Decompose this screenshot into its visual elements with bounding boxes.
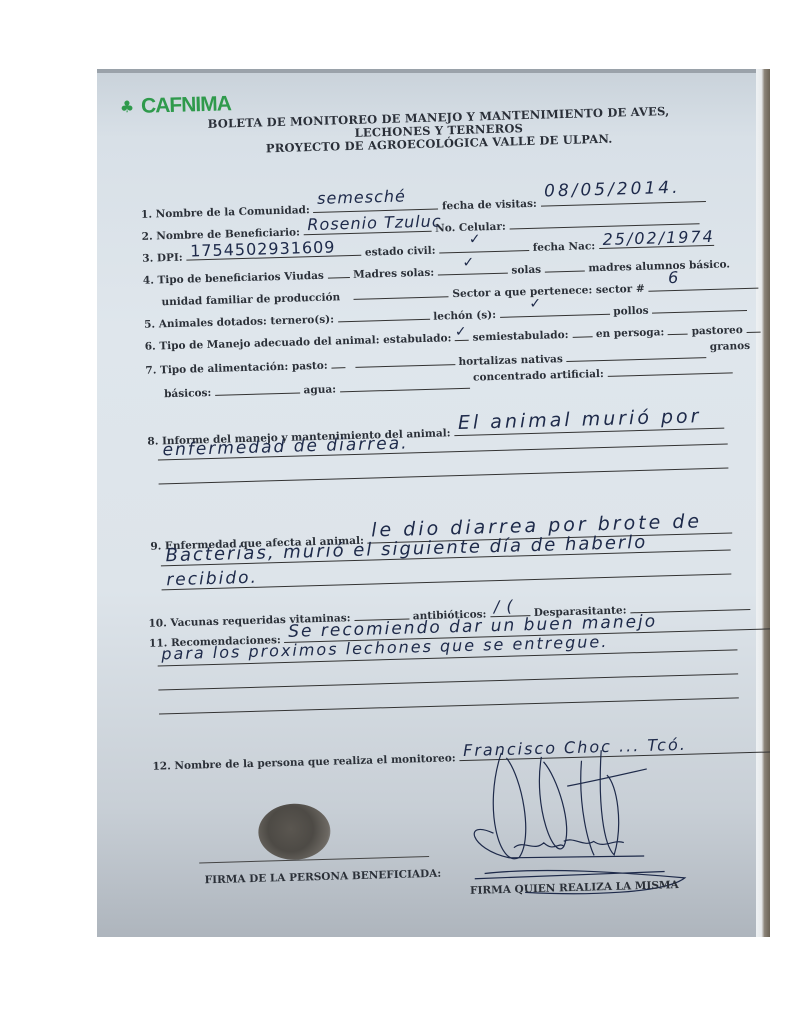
madres-alumnos-label: madres alumnos básico. — [588, 258, 730, 274]
antibioticos-value: / ( — [494, 597, 514, 617]
madres-solas-field[interactable]: ✓ — [438, 262, 508, 276]
cafnima-logo: ♣ CAFNIMA — [116, 93, 231, 118]
fecha-visitas-label: fecha de visitas: — [442, 198, 537, 213]
basicos-field[interactable] — [215, 381, 300, 395]
row-basicos: básicos: agua: concentrado artificial: — [164, 369, 733, 400]
estado-civil-check: ✓ — [469, 231, 482, 247]
document-photo: ♣ CAFNIMA BOLETA DE MONITOREO DE MANEJO … — [97, 69, 770, 937]
persoga-label: en persoga: — [596, 326, 665, 340]
unidad-familiar-label: unidad familiar de producción — [161, 291, 340, 308]
dpi-field[interactable]: 1754502931609 — [186, 244, 361, 261]
beneficiary-signature-line[interactable] — [199, 856, 429, 863]
monitor-label: 12. Nombre de la persona que realiza el … — [152, 752, 455, 772]
informe-line[interactable] — [159, 468, 729, 485]
solas-label: solas — [511, 264, 541, 277]
estabulado-field[interactable]: ✓ — [455, 329, 469, 341]
beneficiario-value: Rosenio Tzuluc — [307, 211, 442, 234]
fecha-nac-value: 25/02/1974 — [602, 227, 715, 249]
pastoreo-label: pastoreo — [691, 324, 742, 337]
madres-solas-label: Madres solas: — [353, 267, 434, 281]
sector-value: 6 — [668, 268, 680, 287]
semiestabulado-field[interactable] — [572, 325, 592, 338]
estado-civil-label: estado civil: — [365, 245, 436, 259]
pasto-field[interactable] — [331, 356, 345, 368]
beneficiary-signature-label: FIRMA DE LA PERSONA BENEFICIADA: — [205, 868, 442, 887]
leaf-animal-logo-icon: ♣ — [116, 96, 139, 119]
dpi-label: 3. DPI: — [142, 252, 183, 265]
alimentacion-label: 7. Tipo de alimentación: pasto: — [145, 360, 328, 377]
ternero-field[interactable] — [337, 308, 429, 323]
semiestabulado-label: semiestabulado: — [473, 329, 569, 344]
hortalizas-label: hortalizas nativas — [458, 353, 563, 368]
estado-civil-field[interactable]: ✓ — [439, 239, 529, 254]
logo-text: CAFNIMA — [141, 93, 231, 117]
informe-field[interactable]: El animal murió por — [454, 417, 724, 437]
hortalizas-field[interactable] — [566, 346, 706, 362]
fecha-nac-field[interactable]: 25/02/1974 — [599, 234, 714, 249]
pasto-extra-field[interactable] — [355, 353, 455, 368]
fecha-visitas-field[interactable]: 08/05/2014. — [540, 190, 705, 207]
logo-tagline — [141, 119, 142, 123]
thumbprint — [258, 803, 332, 861]
form-sheet: ♣ CAFNIMA BOLETA DE MONITOREO DE MANEJO … — [97, 69, 770, 937]
recomendaciones-line[interactable] — [158, 673, 738, 690]
comunidad-field[interactable]: semesché — [313, 198, 438, 213]
comunidad-label: 1. Nombre de la Comunidad: — [141, 204, 310, 221]
lechon-field[interactable]: ✓ — [499, 303, 609, 318]
pollos-field[interactable] — [652, 299, 747, 314]
recomendaciones-line[interactable] — [159, 697, 739, 714]
celular-field[interactable] — [509, 212, 699, 229]
pastoreo-field[interactable] — [746, 321, 760, 333]
concentrado-label: concentrado artificial: — [473, 368, 604, 384]
pollos-label: pollos — [613, 305, 649, 318]
madres-solas-check: ✓ — [462, 255, 475, 271]
agua-field[interactable] — [339, 377, 469, 393]
lechon-check: ✓ — [529, 296, 542, 312]
tipo-beneficiarios-label: 4. Tipo de beneficiarios Viudas — [143, 270, 324, 287]
concentrado-field[interactable] — [607, 361, 732, 376]
beneficiario-field[interactable]: Rosenio Tzuluc — [303, 220, 431, 236]
dpi-value: 1754502931609 — [190, 237, 336, 260]
unidad-familiar-field[interactable] — [354, 285, 449, 300]
sector-field[interactable]: 6 — [648, 277, 758, 292]
informe-line-1: El animal murió por — [458, 405, 702, 434]
fecha-nac-label: fecha Nac: — [533, 240, 596, 254]
lechon-label: lechón (s): — [433, 309, 496, 323]
agua-label: agua: — [303, 383, 336, 396]
granos-label: granos — [710, 340, 751, 353]
manejo-label: 6. Tipo de Manejo adecuado del animal: e… — [145, 332, 452, 353]
animales-label: 5. Animales dotados: ternero(s): — [144, 313, 334, 330]
basicos-label: básicos: — [164, 387, 212, 400]
estabulado-check: ✓ — [455, 324, 468, 340]
viudas-field[interactable] — [327, 266, 349, 279]
sector-label: Sector a que pertenece: sector # — [452, 283, 645, 300]
persoga-field[interactable] — [668, 323, 688, 336]
form-title: BOLETA DE MONITOREO DE MANEJO Y MANTENIM… — [168, 104, 709, 158]
fecha-visitas-value: 08/05/2014. — [544, 178, 681, 202]
comunidad-value: semesché — [317, 186, 406, 207]
solas-field[interactable] — [544, 259, 584, 272]
